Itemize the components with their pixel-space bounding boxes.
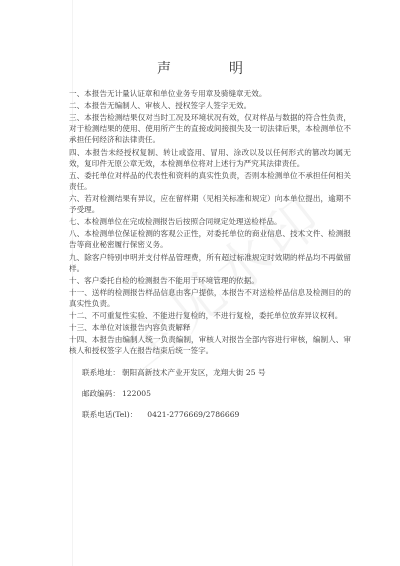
clause-11: 十一、送样的检测报告样品信息由客户提供，本报告不对送检样品信息及检测目的的真实性… [69,287,351,309]
contact-postcode: 邮政编码：122005 [82,388,266,399]
contact-tel: 联系电话(Tel)：0421-2776669/2786669 [82,409,266,420]
tel-label: 联系电话(Tel)： [82,410,137,419]
clause-1: 一、本报告无计量认证章和单位业务专用章及骑缝章无效。 [69,88,351,99]
clause-4: 四、本报告未经授权复制、转让或盗用、冒用、涂改以及以任何形式的篡改均属无效，复印… [69,147,351,169]
tel-value: 0421-2776669/2786669 [147,410,239,419]
clause-14: 十四、本报告由编制人统一负责编制，审核人对报告全部内容进行审核，编制人、审核人和… [69,334,351,356]
clause-9: 九、除客户特别申明并支付样品管理费，所有超过标准规定时效期的样品均不再做留样。 [69,252,351,274]
clause-7: 七、本检测单位在完成检测报告后按照合同规定处理送检样品。 [69,216,351,227]
address-label: 联系地址： [82,368,120,377]
declaration-clauses: 一、本报告无计量认证章和单位业务专用章及骑缝章无效。 二、本报告无编制人、审核人… [69,88,351,358]
contact-info: 联系地址：朝阳高新技术产业开发区，龙翔大街 25 号 邮政编码：122005 联… [82,367,266,430]
postcode-label: 邮政编码： [82,389,120,398]
clause-13: 十三、本单位对该报告内容负责解释 [69,322,351,333]
clause-8: 八、本检测单位保证检测的客观公正性，对委托单位的商业信息、技术文件、检测报告等商… [69,228,351,250]
clause-6: 六、若对检测结果有异议，应在留样期（见相关标准和规定）向本单位提出，逾期不予受理… [69,193,351,215]
clause-5: 五、委托单位对样品的代表性和资料的真实性负责，否则本检测单位不承担任何相关责任。 [69,170,351,192]
clause-12: 十二、不可重复性实验、不能进行复检的，不进行复检，委托单位放弃异议权利。 [69,310,351,321]
contact-address: 联系地址：朝阳高新技术产业开发区，龙翔大街 25 号 [82,367,266,378]
clause-10: 十、客户委托自检的检测报告不能用于环境管理的依据。 [69,275,351,286]
clause-2: 二、本报告无编制人、审核人、授权签字人签字无效。 [69,100,351,111]
postcode-value: 122005 [122,389,151,398]
page-title: 声 明 [0,58,400,78]
clause-3: 三、本报告检测结果仅对当时工况及环境状况有效，仅对样品与数据的符合性负责，对于检… [69,112,351,145]
address-value: 朝阳高新技术产业开发区，龙翔大街 25 号 [122,368,266,377]
